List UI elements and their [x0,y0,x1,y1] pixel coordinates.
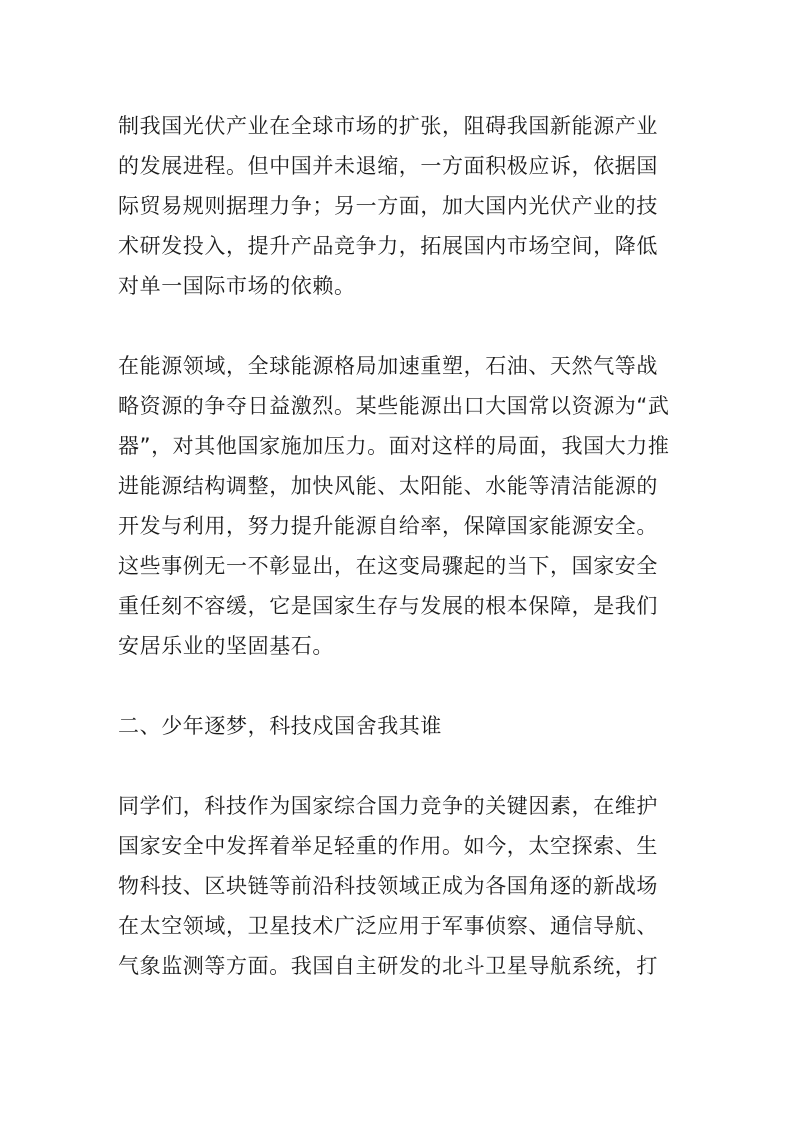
paragraph-technology: 同学们，科技作为国家综合国力竞争的关键因素，在维护 国家安全中发挥着举足轻重的作… [118,786,678,986]
text-line: 国家安全中发挥着举足轻重的作用。如今，太空探索、生 [118,826,678,866]
text-line: 在能源领域，全球能源格局加速重塑，石油、天然气等战 [118,346,678,386]
text-line: 气象监测等方面。我国自主研发的北斗卫星导航系统，打 [118,946,678,986]
text-line: 制我国光伏产业在全球市场的扩张，阻碍我国新能源产业 [118,106,678,146]
text-line: 对单一国际市场的依赖。 [118,266,678,306]
text-line: 在太空领域，卫星技术广泛应用于军事侦察、通信导航、 [118,906,678,946]
text-line: 进能源结构调整，加快风能、太阳能、水能等清洁能源的 [118,466,678,506]
text-line: 同学们，科技作为国家综合国力竞争的关键因素，在维护 [118,786,678,826]
text-line: 略资源的争夺日益激烈。某些能源出口大国常以资源为“武 [118,386,678,426]
text-line: 物科技、区块链等前沿科技领域正成为各国角逐的新战场 [118,866,678,906]
text-line: 安居乐业的坚固基石。 [118,626,678,666]
section-heading: 二、少年逐梦，科技戍国舍我其谁 [118,706,678,746]
text-line: 际贸易规则据理力争；另一方面，加大国内光伏产业的技 [118,186,678,226]
text-line: 这些事例无一不彰显出，在这变局骤起的当下，国家安全 [118,546,678,586]
text-line: 开发与利用，努力提升能源自给率，保障国家能源安全。 [118,506,678,546]
text-line: 的发展进程。但中国并未退缩，一方面积极应诉，依据国 [118,146,678,186]
paragraph-photovoltaic: 制我国光伏产业在全球市场的扩张，阻碍我国新能源产业 的发展进程。但中国并未退缩，… [118,106,678,306]
text-line: 重任刻不容缓，它是国家生存与发展的根本保障，是我们 [118,586,678,626]
text-line: 术研发投入，提升产品竞争力，拓展国内市场空间，降低 [118,226,678,266]
paragraph-energy: 在能源领域，全球能源格局加速重塑，石油、天然气等战 略资源的争夺日益激烈。某些能… [118,346,678,666]
document-page: 制我国光伏产业在全球市场的扩张，阻碍我国新能源产业 的发展进程。但中国并未退缩，… [118,106,678,1026]
text-line: 器”，对其他国家施加压力。面对这样的局面，我国大力推 [118,426,678,466]
